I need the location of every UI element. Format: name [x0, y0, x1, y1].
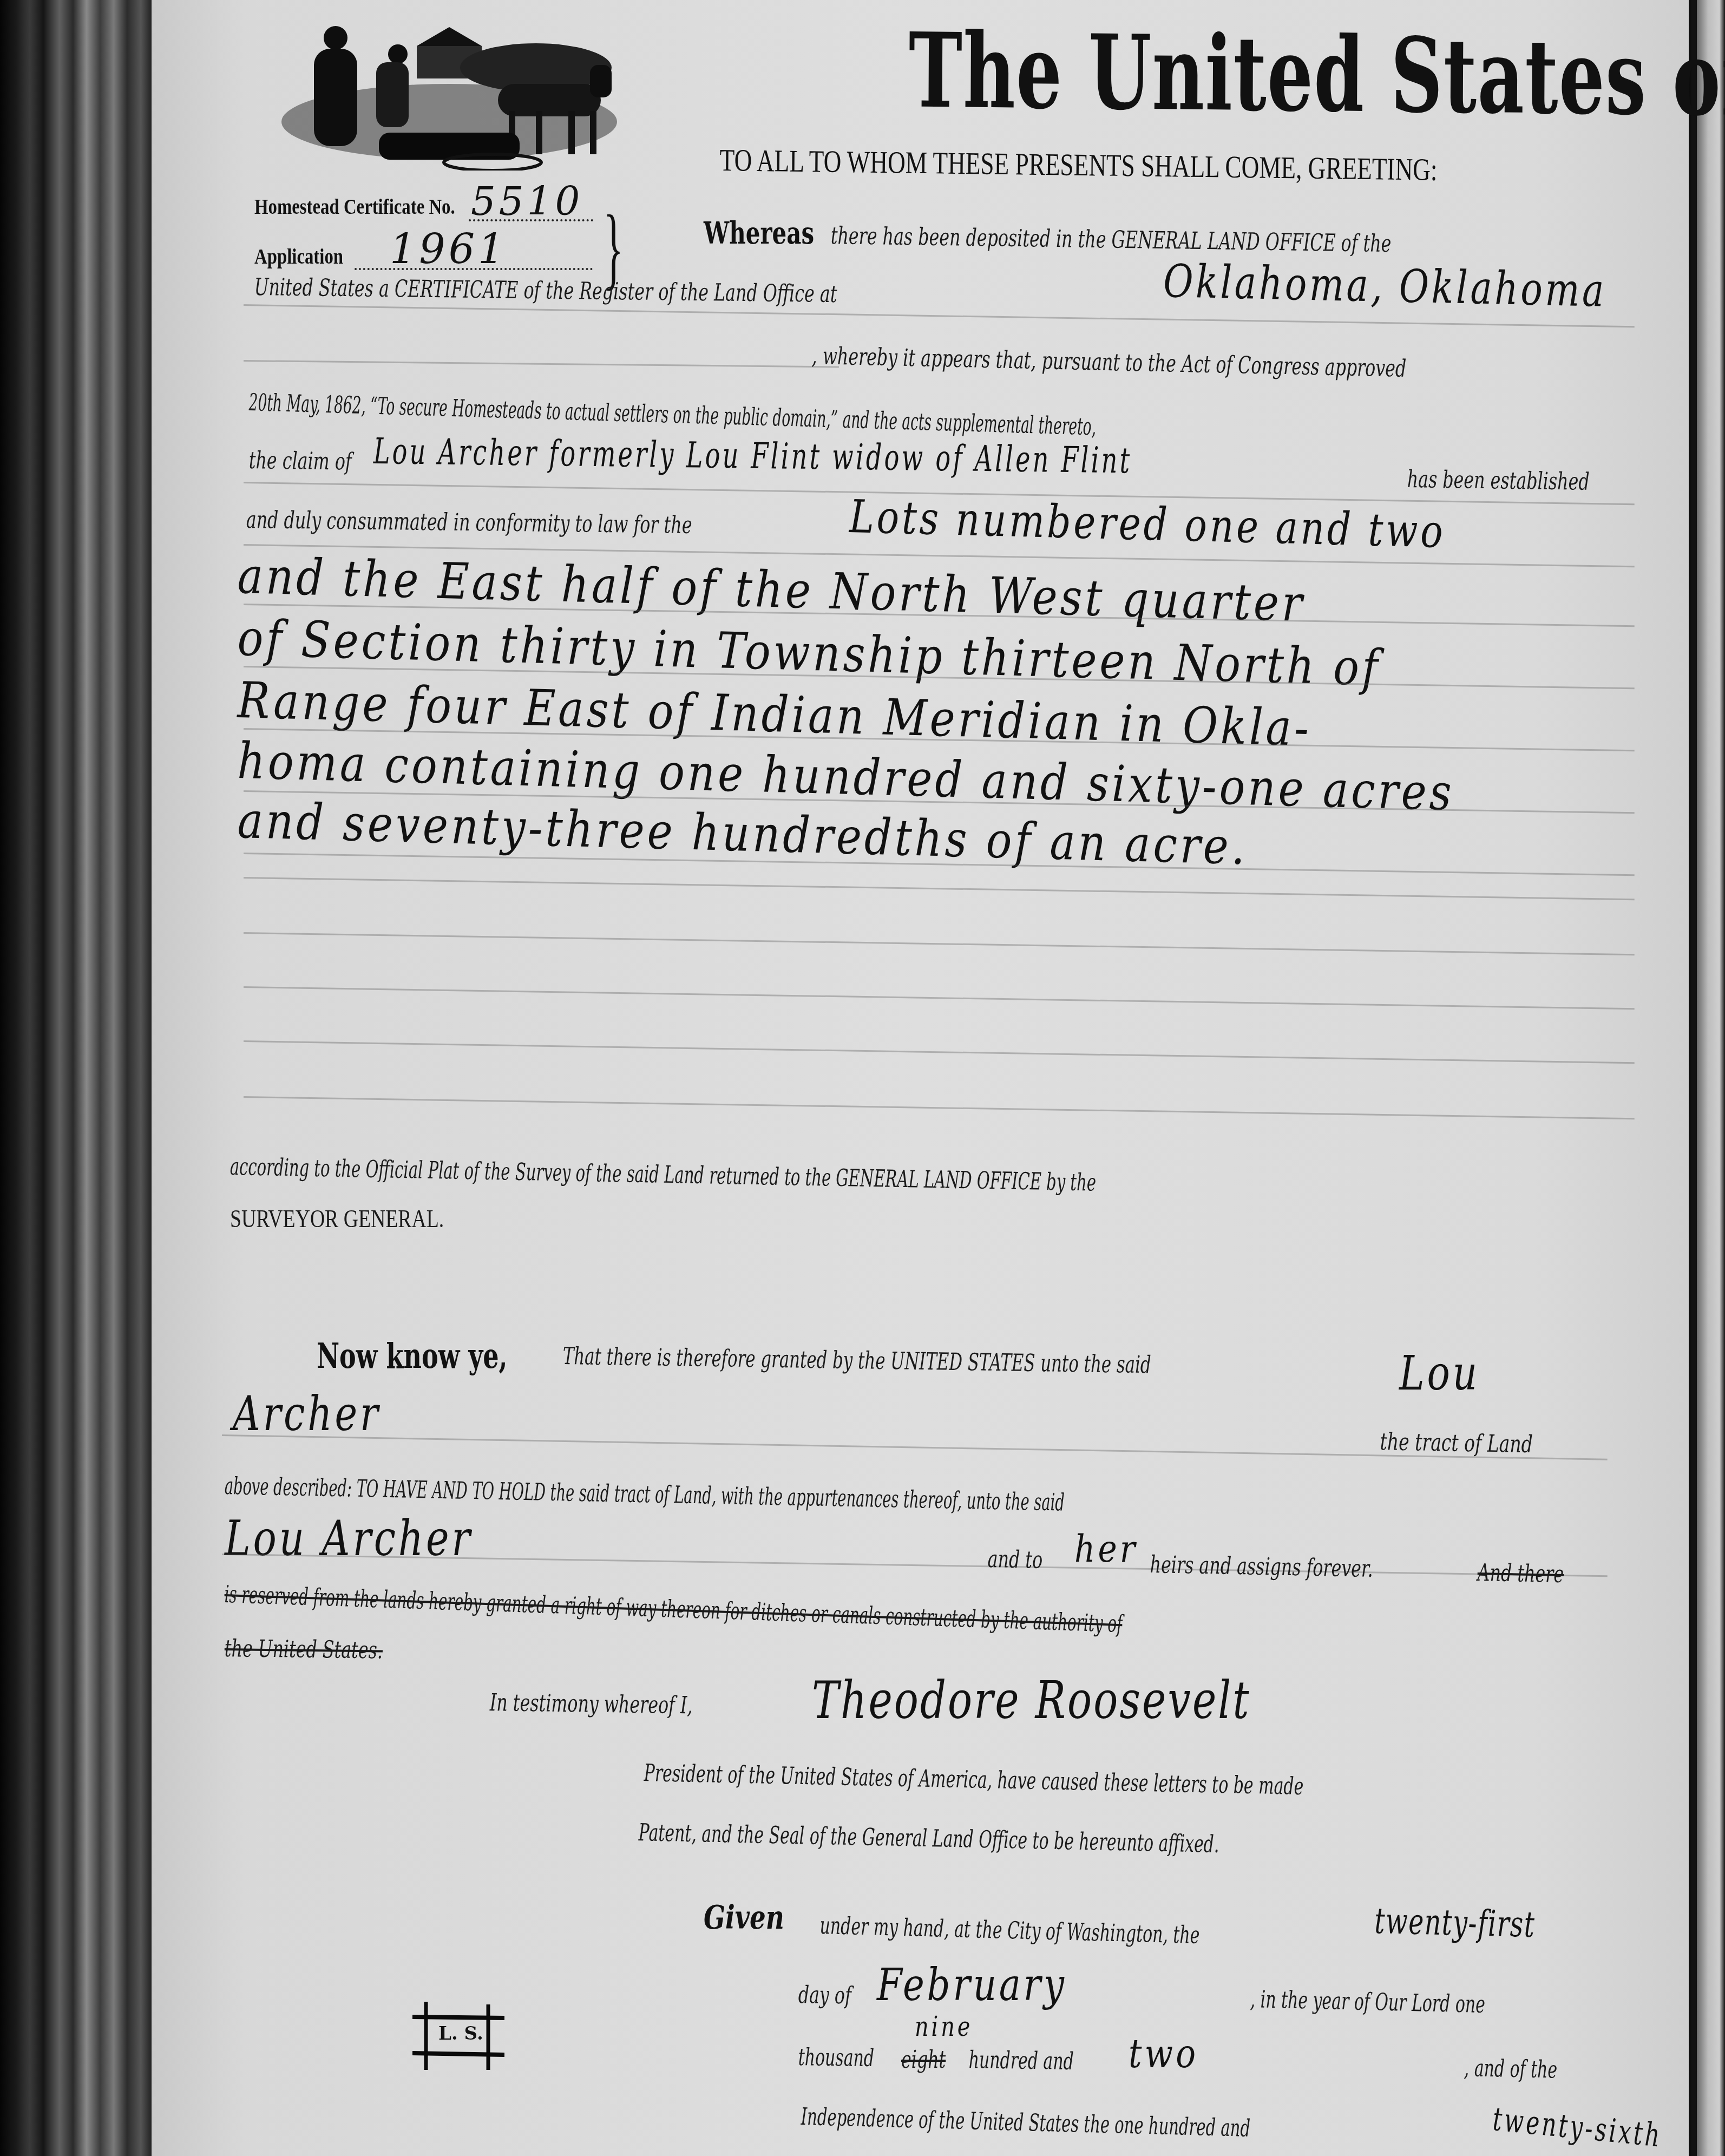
farm-scene-engraving-icon — [254, 8, 628, 171]
consummated-prefix: and duly consummated in conformity to la… — [246, 506, 692, 539]
grantee-full-name: Lou Archer — [225, 1510, 473, 1567]
land-office-location: Oklahoma, Oklahoma — [1163, 254, 1607, 317]
certificate-number-line — [469, 219, 593, 221]
document-title: The United States of America, — [908, 10, 1725, 143]
given-year-unit: two — [1129, 2031, 1198, 2076]
application-line — [355, 268, 593, 270]
application-value: 1961 — [390, 225, 507, 273]
grantee-pronoun: her — [1074, 1526, 1138, 1571]
application-label: Application — [254, 244, 343, 269]
and-of-the-text: , and of the — [1464, 2054, 1558, 2084]
certificate-number-value: 5510 — [471, 179, 583, 224]
struck-reservation-3: the United States. — [225, 1635, 383, 1664]
page-border-rule — [1691, 0, 1697, 2156]
hundred-and-text: hundred and — [969, 2046, 1074, 2075]
thousand-text: thousand — [798, 2043, 875, 2072]
struck-reservation-1: And there — [1477, 1559, 1564, 1588]
president-signature: Theodore Roosevelt — [812, 1670, 1251, 1731]
seal-label: L. S. — [438, 2023, 483, 2044]
whereas-heading: Whereas — [704, 215, 814, 251]
claim-prefix: the claim of — [249, 447, 352, 476]
struck-century: eight — [901, 2046, 946, 2074]
certificate-number-label: Homestead Certificate No. — [254, 194, 455, 219]
given-month: February — [877, 1960, 1067, 2011]
page-edge — [1697, 0, 1725, 2156]
claim-suffix: has been established — [1407, 466, 1590, 496]
survey-line-2: SURVEYOR GENERAL. — [230, 1204, 444, 1233]
grantee-surname: Archer — [233, 1386, 381, 1441]
century-correction: nine — [915, 2011, 973, 2042]
testimony-prefix: In testimony whereof I, — [490, 1689, 693, 1719]
heirs-prefix: and to — [987, 1545, 1042, 1574]
tract-of-land-text: the tract of Land — [1380, 1428, 1533, 1458]
book-binding-gutter — [0, 0, 152, 2156]
now-know-ye-heading: Now know ye, — [317, 1336, 508, 1377]
given-day: twenty-first — [1374, 1900, 1536, 1945]
heirs-suffix: heirs and assigns forever. — [1150, 1551, 1373, 1583]
given-heading: Given — [704, 1899, 784, 1937]
year-of-our-lord-text: , in the year of Our Lord one — [1250, 1985, 1485, 2019]
day-of-prefix: day of — [798, 1981, 851, 2009]
grantee-first-name: Lou — [1399, 1345, 1480, 1401]
